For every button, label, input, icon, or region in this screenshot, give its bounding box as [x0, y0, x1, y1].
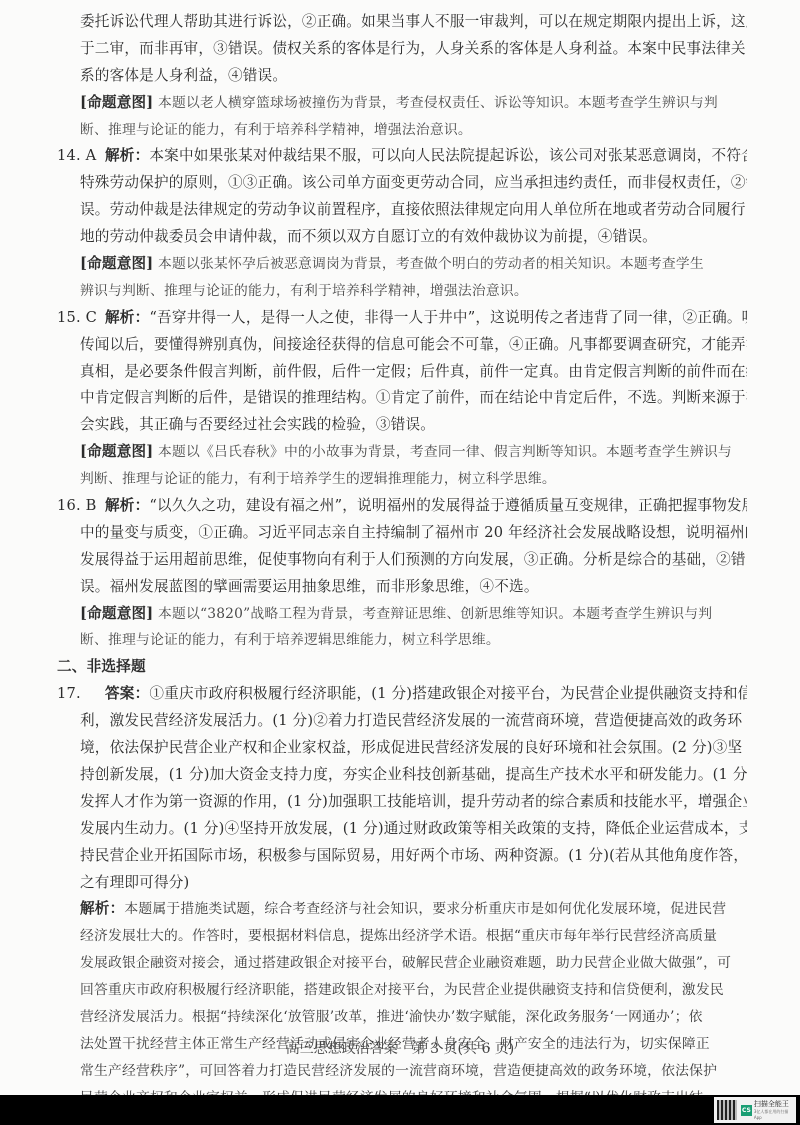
intent-line: 判断、推理与论证的能力，有利于培养学生的逻辑推理能力，树立科学思维。 — [57, 466, 747, 493]
analysis-line: 回答重庆市政府积极履行经济职能，搭建政银企对接平台，为民营企业提供融资支持和信贷… — [57, 977, 747, 1004]
question-line: 17.答案：①重庆市政府积极履行经济职能，(1 分)搭建政银企对接平台，为民营企… — [57, 681, 747, 708]
analysis-text: 回答重庆市政府积极履行经济职能，搭建政银企对接平台，为民营企业提供融资支持和信贷… — [80, 982, 724, 998]
body-line: 地的劳动仲裁委员会申请仲裁，而不须以双方自愿订立的有效仲裁协议为前提，④错误。 — [57, 224, 747, 251]
analysis-text: 经济发展壮大的。作答时，要根据材料信息，提炼出经济学术语。根据“重庆市每年举行民… — [80, 928, 717, 944]
section-heading: 二、非选择题 — [57, 654, 747, 681]
body-line: 中肯定假言判断的后件，是错误的推理结构。①肯定了前件，而在结论中肯定后件，不选。… — [57, 385, 747, 412]
analysis-line: 经济发展壮大的。作答时，要根据材料信息，提炼出经济学术语。根据“重庆市每年举行民… — [57, 923, 747, 950]
section-title: 二、非选择题 — [57, 658, 146, 675]
intent-line: 辨识与判断、推理与论证的能力，有利于培养科学精神，增强法治意识。 — [57, 278, 747, 305]
question-line: 15. C解析：“吾穿井得一人，是得一人之使，非得一人于井中”，这说明传之者违背… — [57, 305, 747, 332]
line-text: 中的量变与质变，①正确。习近平同志亲自主持编制了福州市 20 年经济社会发展战略… — [80, 524, 747, 541]
line-text: 利，激发民营经济发展活力。(1 分)②着力打造民营经济发展的一流营商环境，营造便… — [80, 712, 742, 729]
body-line: 之有理即可得分) — [57, 870, 747, 897]
line-text: 传闻以后，要懂得辨别真伪，间接途径获得的信息可能会不可靠，④正确。凡事都要调查研… — [80, 336, 747, 353]
line-text: 之有理即可得分) — [80, 874, 189, 891]
document-page: 委托诉讼代理人帮助其进行诉讼，②正确。如果当事人不服一审裁判，可以在规定期限内提… — [0, 0, 800, 1095]
body-line: 系的客体是人身利益，④错误。 — [57, 63, 747, 90]
analysis-line: 营经济发展活力。根据“持续深化‘放管服’改革，推进‘渝快办’数字赋能，深化政务服… — [57, 1004, 747, 1031]
body-line: 境，依法保护民营企业产权和企业家权益，形成促进民营经济发展的良好环境和社会氛围。… — [57, 735, 747, 762]
body-line: 委托诉讼代理人帮助其进行诉讼，②正确。如果当事人不服一审裁判，可以在规定期限内提… — [57, 9, 747, 36]
intent-tag: [命题意图] — [80, 255, 153, 272]
analysis-line: 常生产经营秩序”，可回答着力打造民营经济发展的一流营商环境，营造便捷高效的政务环… — [57, 1058, 747, 1085]
intent-text: 本题以《吕氏春秋》中的小故事为背景，考查同一律、假言判断等知识。本题考查学生辨识… — [153, 444, 731, 460]
intent-line: 断、推理与论证的能力，有利于培养科学精神，增强法治意识。 — [57, 117, 747, 144]
body-line: 发展内生动力。(1 分)④坚持开放发展，(1 分)通过财政政策等相关政策的支持，… — [57, 816, 747, 843]
line-text: 委托诉讼代理人帮助其进行诉讼，②正确。如果当事人不服一审裁判，可以在规定期限内提… — [80, 13, 747, 30]
body-line: 误。劳动仲裁是法律规定的劳动争议前置程序，直接依照法律规定向用人单位所在地或者劳… — [57, 197, 747, 224]
body-line: 中的量变与质变，①正确。习近平同志亲自主持编制了福州市 20 年经济社会发展战略… — [57, 520, 747, 547]
body-line: 传闻以后，要懂得辨别真伪，间接途径获得的信息可能会不可靠，④正确。凡事都要调查研… — [57, 332, 747, 359]
line-text: 特殊劳动保护的原则，①③正确。该公司单方面变更劳动合同，应当承担违约责任，而非侵… — [80, 174, 747, 191]
line-text: 会实践，其正确与否要经过社会实践的检验，③错误。 — [80, 416, 435, 433]
question-label: 解析： — [105, 309, 149, 326]
intent-text: 辨识与判断、推理与论证的能力，有利于培养科学精神，增强法治意识。 — [80, 283, 528, 299]
intent-text: 判断、推理与论证的能力，有利于培养学生的逻辑推理能力，树立科学思维。 — [80, 471, 556, 487]
question-number: 17. — [57, 681, 105, 708]
line-text: 系的客体是人身利益，④错误。 — [80, 67, 287, 84]
line-text: 境，依法保护民营企业产权和企业家权益，形成促进民营经济发展的良好环境和社会氛围。… — [80, 739, 742, 756]
line-text: ①重庆市政府积极履行经济职能，(1 分)搭建政银企对接平台，为民营企业提供融资支… — [149, 685, 747, 702]
analysis-text: 营经济发展活力。根据“持续深化‘放管服’改革，推进‘渝快办’数字赋能，深化政务服… — [80, 1009, 703, 1025]
question-number: 15. C — [57, 305, 105, 332]
intent-tag: [命题意图] — [80, 443, 153, 460]
line-text: 误。劳动仲裁是法律规定的劳动争议前置程序，直接依照法律规定向用人单位所在地或者劳… — [80, 201, 746, 218]
qr-code-icon — [717, 1100, 737, 1120]
intent-line: [命题意图] 本题以张某怀孕后被恶意调岗为背景，考查做个明白的劳动者的相关知识。… — [57, 251, 747, 278]
intent-text: 断、推理与论证的能力，有利于培养逻辑思维能力，树立科学思维。 — [80, 632, 500, 648]
page-footer: 高三思想政治答案 第 3 页(共 6 页) — [0, 1038, 800, 1058]
body-line: 特殊劳动保护的原则，①③正确。该公司单方面变更劳动合同，应当承担违约责任，而非侵… — [57, 170, 747, 197]
body-line: 于二审，而非再审，③错误。债权关系的客体是行为，人身关系的客体是人身利益。本案中… — [57, 36, 747, 63]
intent-tag: [命题意图] — [80, 94, 153, 111]
line-text: 误。福州发展蓝图的擘画需要运用抽象思维，而非形象思维，④不选。 — [80, 578, 539, 595]
analysis-line: 解析：本题属于措施类试题，综合考查经济与社会知识，要求分析重庆市是如何优化发展环… — [57, 896, 747, 923]
line-text: 发展内生动力。(1 分)④坚持开放发展，(1 分)通过财政政策等相关政策的支持，… — [80, 820, 747, 837]
question-label: 解析： — [105, 147, 149, 164]
body-line: 持创新发展，(1 分)加大资金支持力度，夯实企业科技创新基础，提高生产技术水平和… — [57, 762, 747, 789]
line-text: 持创新发展，(1 分)加大资金支持力度，夯实企业科技创新基础，提高生产技术水平和… — [80, 766, 747, 783]
body-line: 误。福州发展蓝图的擘画需要运用抽象思维，而非形象思维，④不选。 — [57, 574, 747, 601]
body-line: 持民营企业开拓国际市场，积极参与国际贸易，用好两个市场、两种资源。(1 分)(若… — [57, 843, 747, 870]
analysis-label: 解析： — [80, 900, 124, 917]
question-line: 14. A解析：本案中如果张某对仲裁结果不服，可以向人民法院提起诉讼，该公司对张… — [57, 143, 747, 170]
body-line: 利，激发民营经济发展活力。(1 分)②着力打造民营经济发展的一流营商环境，营造便… — [57, 708, 747, 735]
body-line: 真相，是必要条件假言判断，前件假，后件一定假；后件真，前件一定真。由肯定假言判断… — [57, 359, 747, 386]
intent-line: [命题意图] 本题以老人横穿篮球场被撞伤为背景，考查侵权责任、诉讼等知识。本题考… — [57, 90, 747, 117]
line-text: 持民营企业开拓国际市场，积极参与国际贸易，用好两个市场、两种资源。(1 分)(若… — [80, 847, 747, 864]
question-label: 解析： — [105, 497, 149, 514]
bottom-bar — [0, 1095, 800, 1125]
analysis-text: 常生产经营秩序”，可回答着力打造民营经济发展的一流营商环境，营造便捷高效的政务环… — [80, 1063, 717, 1079]
intent-line: [命题意图] 本题以《吕氏春秋》中的小故事为背景，考查同一律、假言判断等知识。本… — [57, 439, 747, 466]
intent-line: 断、推理与论证的能力，有利于培养逻辑思维能力，树立科学思维。 — [57, 627, 747, 654]
watermark-subtitle: 3亿人都在用的扫描App — [754, 1109, 796, 1121]
analysis-line: 发展政银企融资对接会，通过搭建政银企对接平台，破解民营企业融资难题，助力民营企业… — [57, 950, 747, 977]
question-label: 答案： — [105, 685, 149, 702]
intent-text: 本题以张某怀孕后被恶意调岗为背景，考查做个明白的劳动者的相关知识。本题考查学生 — [153, 256, 703, 272]
intent-text: 本题以“3820”战略工程为背景，考查辩证思维、创新思维等知识。本题考查学生辨识… — [153, 606, 712, 622]
line-text: 发展得益于运用超前思维，促使事物向有利于人们预测的方向发展，③正确。分析是综合的… — [80, 551, 746, 568]
intent-tag: [命题意图] — [80, 605, 153, 622]
body-line: 发展得益于运用超前思维，促使事物向有利于人们预测的方向发展，③正确。分析是综合的… — [57, 547, 747, 574]
line-text: “以久久之功，建设有福之州”，说明福州的发展得益于遵循质量互变规律，正确把握事物… — [149, 497, 747, 514]
line-text: 发挥人才作为第一资源的作用，(1 分)加强职工技能培训，提升劳动者的综合素质和技… — [80, 793, 747, 810]
question-number: 14. A — [57, 143, 105, 170]
analysis-text: 发展政银企融资对接会，通过搭建政银企对接平台，破解民营企业融资难题，助力民营企业… — [80, 955, 731, 971]
line-text: 本案中如果张某对仲裁结果不服，可以向人民法院提起诉讼，该公司对张某恶意调岗，不符… — [149, 147, 747, 164]
line-text: 真相，是必要条件假言判断，前件假，后件一定假；后件真，前件一定真。由肯定假言判断… — [80, 363, 747, 380]
scanner-watermark: CS 扫描全能王 3亿人都在用的扫描App — [714, 1097, 796, 1123]
intent-line: [命题意图] 本题以“3820”战略工程为背景，考查辩证思维、创新思维等知识。本… — [57, 601, 747, 628]
line-text: 中肯定假言判断的后件，是错误的推理结构。①肯定了前件，而在结论中肯定后件，不选。… — [80, 389, 747, 406]
body-line: 发挥人才作为第一资源的作用，(1 分)加强职工技能培训，提升劳动者的综合素质和技… — [57, 789, 747, 816]
watermark-title: 扫描全能王 — [754, 1100, 796, 1109]
line-text: 于二审，而非再审，③错误。债权关系的客体是行为，人身关系的客体是人身利益。本案中… — [80, 40, 746, 57]
line-text: 地的劳动仲裁委员会申请仲裁，而不须以双方自愿订立的有效仲裁协议为前提，④错误。 — [80, 228, 657, 245]
question-line: 16. B解析：“以久久之功，建设有福之州”，说明福州的发展得益于遵循质量互变规… — [57, 493, 747, 520]
intent-text: 断、推理与论证的能力，有利于培养科学精神，增强法治意识。 — [80, 122, 472, 138]
line-text: “吾穿井得一人，是得一人之使，非得一人于井中”，这说明传之者违背了同一律，②正确… — [149, 309, 747, 326]
intent-text: 本题以老人横穿篮球场被撞伤为背景，考查侵权责任、诉讼等知识。本题考查学生辨识与判 — [153, 95, 717, 111]
analysis-text: 本题属于措施类试题，综合考查经济与社会知识，要求分析重庆市是如何优化发展环境，促… — [124, 901, 726, 917]
question-number: 16. B — [57, 493, 105, 520]
body-line: 会实践，其正确与否要经过社会实践的检验，③错误。 — [57, 412, 747, 439]
page-content: 委托诉讼代理人帮助其进行诉讼，②正确。如果当事人不服一审裁判，可以在规定期限内提… — [57, 9, 747, 1112]
camscanner-logo-icon: CS — [741, 1105, 752, 1116]
